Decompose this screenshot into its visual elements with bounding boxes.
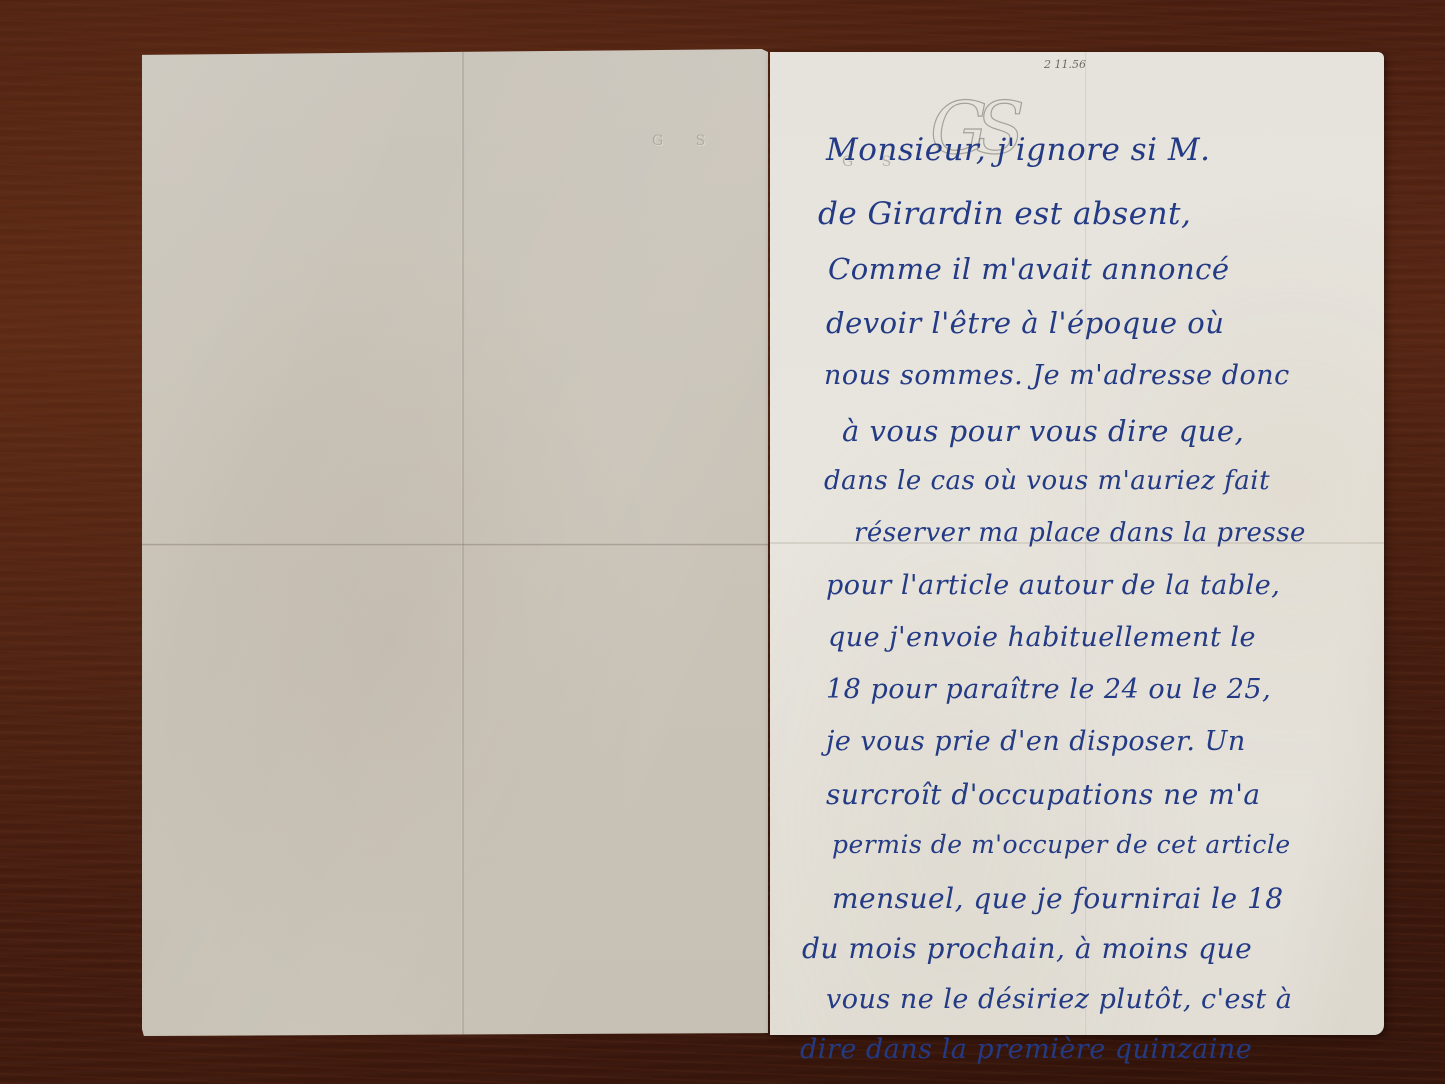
letter-line: je vous prie d'en disposer. Un — [826, 726, 1246, 757]
letter-line: à vous pour vous dire que, — [842, 414, 1244, 448]
letter-line: dire dans la première quinzaine — [800, 1034, 1252, 1065]
letter-line: devoir l'être à l'époque où — [826, 306, 1224, 340]
letter-line: pour l'article autour de la table, — [826, 570, 1280, 601]
letter-line: 18 pour paraître le 24 ou le 25, — [826, 674, 1271, 705]
letter-line: que j'envoie habituellement le — [828, 622, 1256, 653]
letter-line: vous ne le désiriez plutôt, c'est à — [826, 984, 1292, 1015]
letter-line: mensuel, que je fournirai le 18 — [832, 882, 1284, 915]
letter-right-page: 2 11.56 GS G S Monsieur, j'ignore si M. … — [770, 52, 1384, 1035]
letter-left-page: G S — [142, 49, 768, 1036]
handwritten-letter-body: Monsieur, j'ignore si M. de Girardin est… — [770, 52, 1384, 1035]
letter-line: nous sommes. Je m'adresse donc — [824, 360, 1290, 391]
letter-line: Comme il m'avait annoncé — [828, 252, 1230, 286]
letter-line: Monsieur, j'ignore si M. — [826, 132, 1210, 168]
letter-line: réserver ma place dans la presse — [854, 518, 1306, 548]
letter-line: permis de m'occuper de cet article — [832, 830, 1291, 859]
embossed-mark-left: G S — [652, 133, 719, 149]
letter-line: de Girardin est absent, — [818, 196, 1191, 232]
letter-line: du mois prochain, à moins que — [802, 932, 1252, 965]
horizontal-fold-crease — [142, 543, 768, 546]
letter-line: dans le cas où vous m'auriez fait — [824, 466, 1270, 496]
letter-line: surcroît d'occupations ne m'a — [826, 778, 1261, 811]
